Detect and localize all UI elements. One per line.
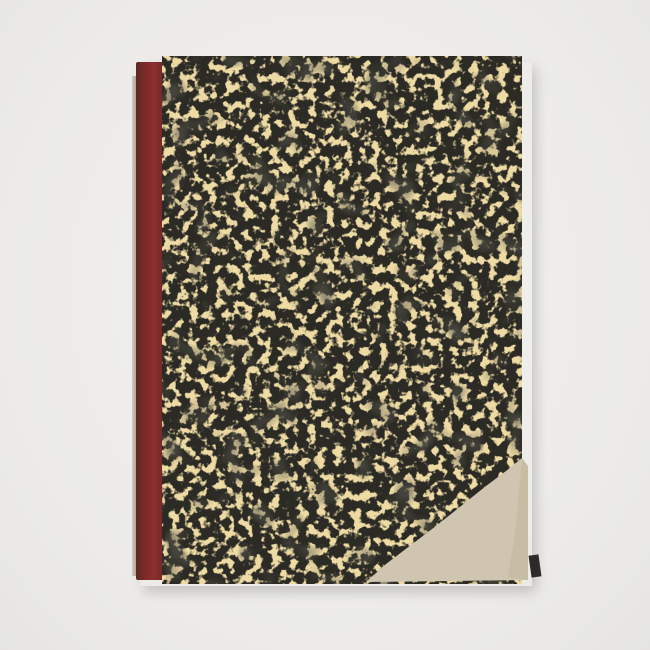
book [136,56,530,584]
torn-corner [136,56,536,591]
